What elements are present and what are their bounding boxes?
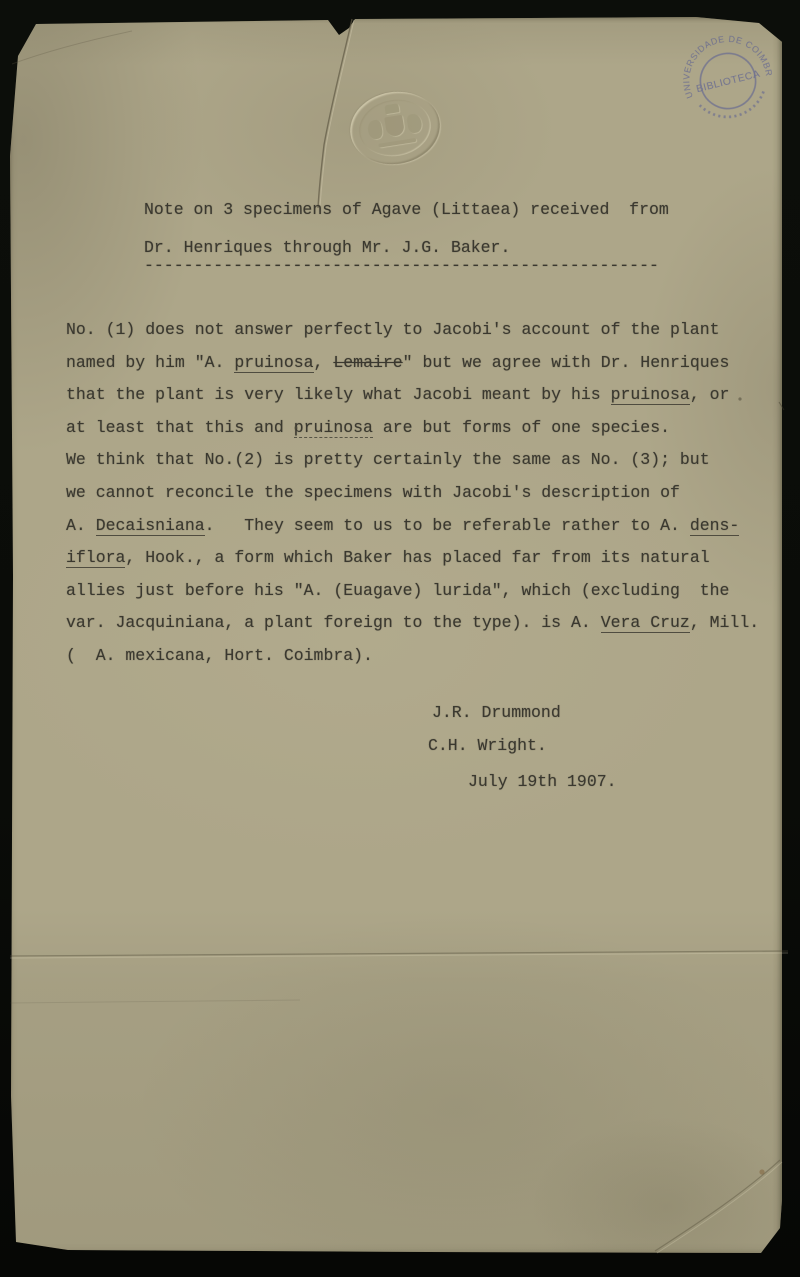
text-run: named by him "A.: [66, 353, 234, 372]
text-run: , Mill.: [690, 613, 759, 632]
text-run: , Hook., a form which Baker has placed f…: [125, 548, 709, 567]
title-line-2: Dr. Henriques through Mr. J.G. Baker.: [144, 238, 510, 258]
text-run: are but forms of one species.: [373, 418, 670, 437]
text-run: at least that this and: [66, 418, 294, 437]
signature-wright: C.H. Wright.: [428, 736, 547, 756]
species-name: pruinosa: [294, 418, 373, 438]
signature-drummond: J.R. Drummond: [432, 703, 561, 723]
body-line: ( A. mexicana, Hort. Coimbra).: [66, 640, 759, 673]
species-name: pruinosa: [234, 353, 313, 373]
text-run: ( A. mexicana, Hort. Coimbra).: [66, 646, 373, 665]
text-run: , or: [690, 385, 730, 404]
body-line: No. (1) does not answer perfectly to Jac…: [66, 314, 759, 347]
title-underline-rule: ----------------------------------------…: [144, 256, 659, 276]
body-line: at least that this and pruinosa are but …: [66, 412, 759, 445]
title-line-1: Note on 3 specimens of Agave (Littaea) r…: [144, 200, 669, 220]
text-run: We think that No.(2) is pretty certainly…: [66, 450, 710, 469]
text-run: " but we agree with Dr. Henriques: [403, 353, 730, 372]
stamp-bottom-scallops: [700, 89, 769, 124]
text-run: . They seem to us to be referable rather…: [205, 516, 690, 535]
text-run: ,: [314, 353, 334, 372]
species-name: Lemaire: [333, 353, 402, 372]
scanned-letter-page: { "colors": { "background": "#0a0c09", "…: [0, 0, 800, 1277]
stamp-center-label: BIBLIOTECA: [695, 69, 761, 95]
text-run: No. (1) does not answer perfectly to Jac…: [66, 320, 720, 339]
species-name: dens-: [690, 516, 740, 536]
body-line: We think that No.(2) is pretty certainly…: [66, 444, 759, 477]
text-run: allies just before his "A. (Euagave) lur…: [66, 581, 729, 600]
species-name: iflora: [66, 548, 125, 568]
body-line: that the plant is very likely what Jacob…: [66, 379, 759, 412]
text-run: var. Jacquiniana, a plant foreign to the…: [66, 613, 601, 632]
text-run: A.: [66, 516, 96, 535]
body-line: allies just before his "A. (Euagave) lur…: [66, 575, 759, 608]
body-line: A. Decaisniana. They seem to us to be re…: [66, 510, 759, 543]
body-line: var. Jacquiniana, a plant foreign to the…: [66, 607, 759, 640]
species-name: Decaisniana: [96, 516, 205, 536]
species-name: Vera Cruz: [601, 613, 690, 633]
body-line: named by him "A. pruinosa, Lemaire" but …: [66, 347, 759, 380]
text-run: that the plant is very likely what Jacob…: [66, 385, 611, 404]
body-paragraph: No. (1) does not answer perfectly to Jac…: [66, 314, 759, 673]
body-line: iflora, Hook., a form which Baker has pl…: [66, 542, 759, 575]
species-name: pruinosa: [611, 385, 690, 405]
text-run: we cannot reconcile the specimens with J…: [66, 483, 680, 502]
date-line: July 19th 1907.: [468, 772, 617, 792]
body-line: we cannot reconcile the specimens with J…: [66, 477, 759, 510]
